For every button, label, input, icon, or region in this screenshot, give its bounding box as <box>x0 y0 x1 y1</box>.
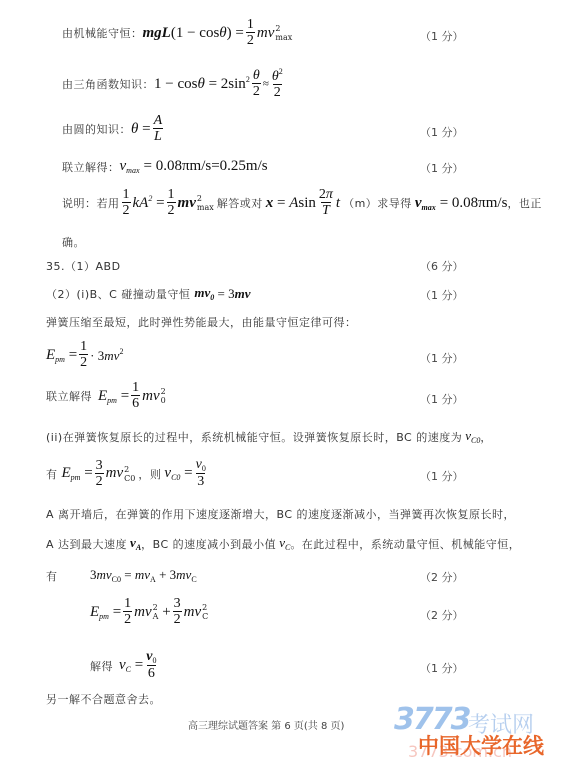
score: （1 分） <box>420 350 464 366</box>
fraction: θ22 <box>271 68 284 100</box>
formula: vC0 <box>164 465 180 482</box>
score: （1 分） <box>420 468 464 484</box>
text: A 达到最大速度 <box>46 536 127 552</box>
text: ，则 <box>138 466 161 482</box>
formula: = <box>117 388 129 405</box>
formula: = <box>273 195 289 212</box>
label: 联立解得 <box>46 388 92 404</box>
final-solve-line: 解得 vC = v06 <box>90 650 159 681</box>
formula: vmax <box>120 158 140 175</box>
fraction: v03 <box>195 458 207 489</box>
momentum-line: 有 3mvC0 = mvA + 3mvC <box>46 567 197 584</box>
formula: = <box>138 121 150 138</box>
text: 另一解不合题意舍去。 <box>46 691 161 707</box>
discard-line: 另一解不合题意舍去。 <box>46 691 161 707</box>
formula: = <box>131 657 143 674</box>
score: （6 分） <box>420 258 464 274</box>
ep-line: Epm = 12 · 3mv2 <box>46 340 123 370</box>
text: 有 <box>46 466 58 482</box>
text: （2）(i)B、C 碰撞动量守恒 <box>46 286 190 302</box>
text: 解答或对 <box>217 195 263 211</box>
fraction: 32 <box>95 459 104 489</box>
fraction: 16 <box>131 381 140 411</box>
formula: vmax <box>415 195 436 212</box>
fraction: v06 <box>145 650 157 681</box>
text: 确。 <box>62 234 85 250</box>
formula: θ <box>131 121 138 138</box>
q35-part2ii: (ii)在弹簧恢复原长的过程中，系统机械能守恒。设弹簧恢复原长时，BC 的速度为… <box>46 428 492 445</box>
formula: = <box>152 195 164 212</box>
formula: mv <box>257 25 275 42</box>
score: （1 分） <box>420 124 464 140</box>
formula: mv <box>184 604 202 621</box>
vc0-line: 有 Epm = 32 mv2C0 ，则 vC0 = v03 <box>46 458 209 489</box>
formula: = <box>65 347 77 364</box>
label: 由机械能守恒： <box>62 25 143 41</box>
score: （1 分） <box>420 28 464 44</box>
formula: mv <box>178 195 196 212</box>
text: ， <box>480 429 492 445</box>
text: 35.（1）ABD <box>46 258 121 274</box>
score: （1 分） <box>420 160 464 176</box>
text: ，BC 的速度减小到最小值 <box>141 536 276 552</box>
formula: kA2 <box>133 194 153 212</box>
fraction: 12 <box>167 188 176 218</box>
note-line-cont: 确。 <box>62 234 85 250</box>
spring-text: 弹簧压缩至最短，此时弹性势能最大，由能量守恒定律可得： <box>46 314 357 330</box>
fraction: 12 <box>123 597 132 627</box>
formula: = 0.08πm/s <box>440 195 508 212</box>
formula: vC <box>279 535 290 552</box>
label: 联立解得： <box>62 159 120 175</box>
formula: mv0 <box>194 285 214 302</box>
formula: = <box>109 604 121 621</box>
label: 解得 <box>90 658 113 674</box>
formula: vC <box>119 657 131 674</box>
formula: (1 − cos <box>171 25 219 42</box>
energy-conservation-line: 由机械能守恒： mgL(1 − cosθ) = 12 mv2max <box>62 18 292 48</box>
trig-line: 由三角函数知识： 1 − cosθ = 2sin2 θ2 ≈ θ22 <box>62 68 286 100</box>
formula: ) = <box>227 25 244 42</box>
formula: Epm <box>46 347 65 364</box>
text: ，也正 <box>507 195 542 211</box>
watermark-logo: 3773 考试网 3773.com.cn 中国大学在线 <box>388 700 569 774</box>
score: （1 分） <box>420 287 464 303</box>
approx: ≈ <box>263 78 269 90</box>
fraction: 12 <box>246 18 255 48</box>
formula: θ <box>219 25 226 42</box>
formula: t <box>336 195 340 212</box>
fraction: 12 <box>79 340 88 370</box>
formula: A <box>289 195 298 212</box>
formula: 1 − cos <box>154 76 197 93</box>
score: （1 分） <box>420 391 464 407</box>
formula: 2max <box>197 194 214 212</box>
q35-part2i: （2）(i)B、C 碰撞动量守恒 mv0 = 3mv <box>46 285 251 302</box>
formula: Epm <box>98 388 117 405</box>
formula: θ <box>197 76 204 93</box>
formula: Epm <box>62 465 81 482</box>
formula: sin <box>298 195 316 212</box>
text: 弹簧压缩至最短，此时弹性势能最大，由能量守恒定律可得： <box>46 314 357 330</box>
formula: mgL <box>143 25 171 42</box>
energy-line: Epm = 12 mv2A + 32 mv2C <box>90 597 208 627</box>
formula: x <box>266 195 274 212</box>
watermark-brand: 中国大学在线 <box>418 730 544 760</box>
fraction: 32 <box>173 597 182 627</box>
solve-vmax-line: 联立解得： vmax = 0.08πm/s=0.25m/s <box>62 158 268 175</box>
formula: = 2sin2 <box>205 75 250 93</box>
formula: = 0.08πm/s=0.25m/s <box>144 158 268 175</box>
paragraph-2: A 达到最大速度 vA ，BC 的速度减小到最小值 vC 。在此过程中，系统动量… <box>46 535 520 552</box>
formula: = <box>80 465 92 482</box>
formula: Epm <box>90 604 109 621</box>
fraction: θ2 <box>252 69 261 99</box>
label: 由圆的知识： <box>62 121 131 137</box>
formula: mv <box>106 465 124 482</box>
formula: vC0 <box>465 428 480 445</box>
text: 有 <box>46 568 90 584</box>
solve-ep-line: 联立解得 Epm = 16 mv20 <box>46 381 166 411</box>
formula: vA <box>130 535 141 552</box>
paragraph-1: A 离开墙后，在弹簧的作用下速度逐渐增大，BC 的速度逐渐减小，当弹簧再次恢复原… <box>46 506 515 522</box>
label: 由三角函数知识： <box>62 76 154 92</box>
formula: 2max <box>275 24 292 42</box>
text: (ii)在弹簧恢复原长的过程中，系统机械能守恒。设弹簧恢复原长时，BC 的速度为 <box>46 429 462 445</box>
circle-line: 由圆的知识： θ = AL <box>62 114 165 144</box>
formula: + <box>158 604 170 621</box>
formula: 2C0 <box>124 465 135 483</box>
text: 。在此过程中，系统动量守恒、机械能守恒， <box>290 536 520 552</box>
text: （m）求导得 <box>343 195 412 211</box>
formula: · 3mv2 <box>90 347 123 364</box>
formula: = <box>180 465 192 482</box>
fraction: 12 <box>122 188 131 218</box>
formula: = 3mv <box>214 286 250 302</box>
score: （2 分） <box>420 569 464 585</box>
formula: 3mvC0 = mvA + 3mvC <box>90 567 197 584</box>
formula: mv <box>134 604 152 621</box>
fraction: AL <box>153 114 164 144</box>
formula: 2C <box>202 603 208 621</box>
label: 说明：若用 <box>62 195 120 211</box>
page-footer: 高三理综试题答案 第 6 页(共 8 页) <box>188 717 344 732</box>
formula: mv <box>142 388 160 405</box>
note-line: 说明：若用 12 kA2 = 12 mv2max 解答或对 x = Asin 2… <box>62 188 542 218</box>
score: （1 分） <box>420 660 464 676</box>
formula: 20 <box>161 387 166 405</box>
text: A 离开墙后，在弹簧的作用下速度逐渐增大，BC 的速度逐渐减小，当弹簧再次恢复原… <box>46 506 515 522</box>
fraction: 2πT <box>318 188 334 218</box>
score: （2 分） <box>420 607 464 623</box>
q35-part1: 35.（1）ABD <box>46 258 121 274</box>
